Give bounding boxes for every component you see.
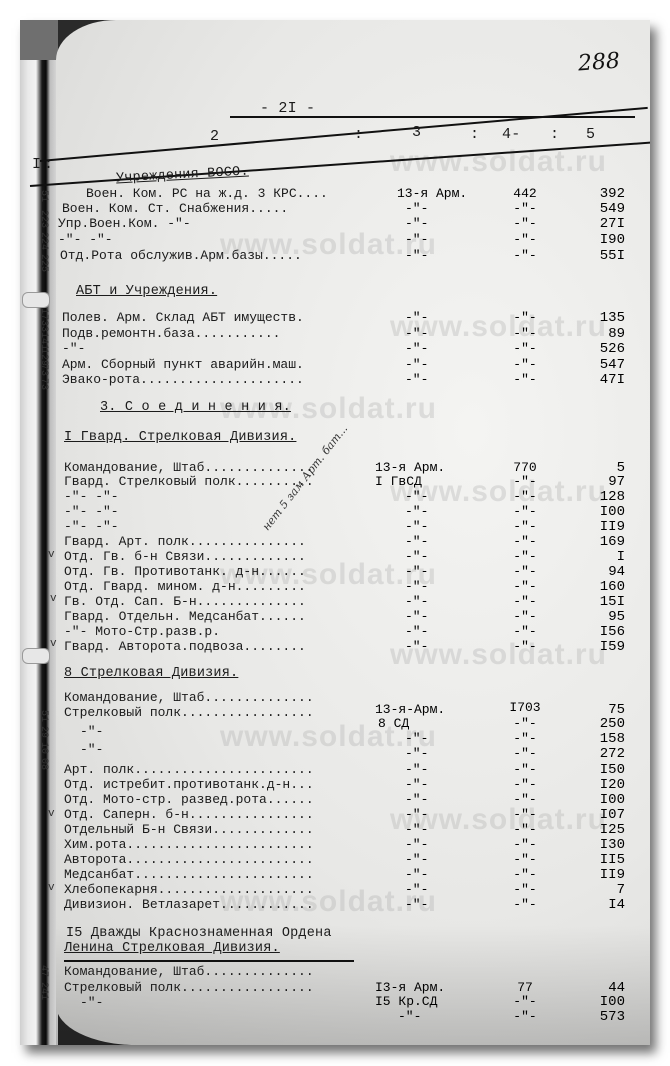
unit-name: -"- — [62, 341, 85, 356]
unit-name: Воен. Ком. Ст. Снабжения..... — [62, 201, 288, 216]
army-cell: -"- — [405, 624, 428, 639]
number-cell: -"- — [500, 549, 550, 564]
unit-name: -"- — [80, 724, 103, 739]
army-cell: -"- — [405, 792, 428, 807]
column-header-4: 4- — [502, 126, 520, 143]
number-cell: -"- — [500, 852, 550, 867]
unit-name: Хлебопекарня.................... — [64, 882, 314, 897]
count-cell: I4 — [575, 897, 625, 913]
archive-sheet-number: 288 — [577, 49, 621, 77]
unit-name: -"- -"- — [64, 489, 119, 504]
margin-number: 51 — [38, 710, 49, 722]
margin-number: 51 — [38, 190, 49, 202]
number-cell: -"- — [500, 326, 550, 341]
unit-name: Отд. Гвард. мином. д-н......... — [64, 579, 306, 594]
count-cell: 7 — [575, 882, 625, 898]
count-cell: I00 — [575, 504, 625, 520]
count-cell: 95 — [575, 609, 625, 625]
check-mark: v — [50, 593, 57, 605]
number-cell: -"- — [500, 994, 550, 1009]
army-cell: -"- — [405, 882, 428, 897]
number-cell: 77 — [500, 980, 550, 995]
margin-number: 73 — [38, 364, 49, 376]
number-cell: -"- — [500, 777, 550, 792]
section-underline — [64, 960, 354, 962]
army-cell: I5 Кр.СД — [375, 994, 437, 1009]
count-cell: I00 — [575, 792, 625, 808]
count-cell: I30 — [575, 837, 625, 853]
margin-number: 1733 — [38, 308, 49, 332]
unit-name: Отд. Гв. Противотанк. д-н...... — [64, 564, 306, 579]
army-cell: -"- — [405, 372, 428, 387]
number-cell: -"- — [500, 341, 550, 356]
army-cell: 13-я-Арм. — [375, 702, 445, 717]
number-cell: -"- — [500, 504, 550, 519]
unit-name: -"- — [80, 742, 103, 757]
count-cell: 135 — [575, 310, 625, 326]
army-cell: -"- — [405, 519, 428, 534]
count-cell: 272 — [575, 746, 625, 762]
count-cell: 526 — [575, 341, 625, 357]
count-cell: I00 — [575, 994, 625, 1010]
army-cell: -"- — [405, 639, 428, 654]
count-cell: 549 — [575, 201, 625, 217]
count-cell: 89 — [575, 326, 625, 342]
number-cell: -"- — [500, 201, 550, 216]
count-cell: II9 — [575, 867, 625, 883]
unit-name: -"- Мото-Стр.разв.р. — [64, 624, 220, 639]
count-cell: I50 — [575, 762, 625, 778]
margin-number: 08 — [38, 758, 49, 770]
number-cell: -"- — [500, 807, 550, 822]
army-cell: -"- — [405, 594, 428, 609]
count-cell: 573 — [575, 1009, 625, 1025]
number-cell: -"- — [500, 746, 550, 761]
army-cell: -"- — [405, 897, 428, 912]
number-cell: -"- — [500, 579, 550, 594]
unit-name: Гвард. Авторота.подвоза........ — [64, 639, 306, 654]
army-cell: -"- — [405, 807, 428, 822]
number-cell: -"- — [500, 519, 550, 534]
army-cell: -"- — [405, 867, 428, 882]
column-separator: : — [470, 126, 479, 143]
number-cell: -"- — [500, 489, 550, 504]
army-cell: -"- — [405, 852, 428, 867]
number-cell: 442 — [500, 186, 550, 201]
unit-name: Отд. Саперн. б-н................ — [64, 807, 314, 822]
army-cell: -"- — [405, 357, 428, 372]
number-cell: -"- — [500, 232, 550, 247]
count-cell: 94 — [575, 564, 625, 580]
unit-name: Отд. Мото-стр. развед.рота...... — [64, 792, 314, 807]
unit-name: Командование, Штаб.............. — [64, 964, 314, 979]
unit-name: Гвард. Стрелковый полк.......... — [64, 474, 314, 489]
count-cell: 128 — [575, 489, 625, 505]
column-header-2: 2 — [210, 128, 219, 145]
number-cell: -"- — [500, 762, 550, 777]
count-cell: 97 — [575, 474, 625, 490]
army-cell: -"- — [405, 201, 428, 216]
unit-name: Эвако-рота..................... — [62, 372, 304, 387]
margin-number: 10 — [38, 742, 49, 754]
army-cell: 13-я Арм. — [397, 186, 467, 201]
count-cell: I07 — [575, 807, 625, 823]
army-cell: -"- — [405, 534, 428, 549]
army-cell: I ГвСД — [375, 474, 422, 489]
count-cell: I59 — [575, 639, 625, 655]
unit-name: -"- — [80, 995, 103, 1010]
check-mark: v — [48, 549, 55, 561]
number-cell: -"- — [500, 474, 550, 489]
section-title: АБТ и Учреждения. — [76, 284, 217, 299]
check-mark: v — [50, 638, 57, 650]
count-cell: 160 — [575, 579, 625, 595]
count-cell: I20 — [575, 777, 625, 793]
unit-name: Дивизион. Ветлазарет............ — [64, 897, 314, 912]
column-header-1: I — [32, 156, 41, 173]
army-cell: I3-я Арм. — [375, 980, 445, 995]
number-cell: -"- — [500, 731, 550, 746]
page-number: - 2I - — [260, 100, 315, 117]
section-title-line-1: I5 Дважды Краснознаменная Ордена — [66, 926, 332, 941]
margin-number: 225 — [38, 254, 49, 272]
army-cell: 8 СД — [378, 716, 409, 731]
margin-number: 29 — [38, 726, 49, 738]
number-cell: -"- — [500, 1009, 550, 1024]
army-cell: -"- — [405, 216, 428, 231]
margin-number: 47 — [38, 965, 49, 977]
section-title: 3. С о е д и н е н и я. — [100, 400, 291, 415]
army-cell: -"- — [405, 326, 428, 341]
count-cell: I90 — [575, 232, 625, 248]
army-cell: -"- — [405, 822, 428, 837]
army-cell: -"- — [405, 777, 428, 792]
number-cell: -"- — [500, 639, 550, 654]
unit-name: Полев. Арм. Склад АБТ имуществ. — [62, 310, 304, 325]
unit-name: Арм. Сборный пункт аварийн.маш. — [62, 357, 304, 372]
unit-name: Командование, Штаб.............. — [64, 460, 314, 475]
count-cell: I25 — [575, 822, 625, 838]
army-cell: -"- — [405, 310, 428, 325]
unit-name: Стрелковый полк................. — [64, 980, 314, 995]
document-scan-frame: www.soldat.ru www.soldat.ru www.soldat.r… — [20, 20, 650, 1045]
count-cell: I — [575, 549, 625, 565]
number-cell: -"- — [500, 534, 550, 549]
number-cell: -"- — [500, 716, 550, 731]
unit-name: -"- -"- — [64, 519, 119, 534]
number-cell: -"- — [500, 822, 550, 837]
army-cell: -"- — [405, 609, 428, 624]
army-cell: -"- — [405, 564, 428, 579]
unit-name: Командование, Штаб.............. — [64, 690, 314, 705]
column-separator: : — [354, 126, 363, 143]
margin-number: 223 — [38, 210, 49, 228]
unit-name: Гв. Отд. Сап. Б-н.............. — [64, 594, 306, 609]
number-cell: I703 — [500, 700, 550, 715]
section-title: I Гвард. Стрелковая Дивизия. — [64, 430, 296, 445]
margin-number: 73 — [38, 378, 49, 390]
count-cell: II5 — [575, 852, 625, 868]
unit-name: Отдельный Б-н Связи............. — [64, 822, 314, 837]
number-cell: -"- — [500, 792, 550, 807]
number-cell: -"- — [500, 216, 550, 231]
number-cell: -"- — [500, 897, 550, 912]
number-cell: -"- — [500, 310, 550, 325]
army-cell: -"- — [405, 248, 428, 263]
unit-name: -"- -"- — [58, 232, 113, 247]
number-cell: -"- — [500, 624, 550, 639]
army-cell: -"- — [405, 837, 428, 852]
unit-name: Авторота........................ — [64, 852, 314, 867]
army-cell: -"- — [405, 762, 428, 777]
number-cell: 770 — [500, 460, 550, 475]
unit-name: Хим.рота........................ — [64, 837, 314, 852]
count-cell: II9 — [575, 519, 625, 535]
army-cell: -"- — [405, 504, 428, 519]
header-rule-top-right — [230, 116, 635, 118]
number-cell: -"- — [500, 867, 550, 882]
section-title: Ленина Стрелковая Дивизия. — [64, 941, 280, 956]
number-cell: -"- — [500, 564, 550, 579]
count-cell: 169 — [575, 534, 625, 550]
number-cell: -"- — [500, 372, 550, 387]
unit-name: Стрелковый полк................. — [64, 705, 314, 720]
number-cell: -"- — [500, 609, 550, 624]
count-cell: 27I — [575, 216, 625, 232]
unit-name: Воен. Ком. РС на ж.д. 3 КРС.... — [86, 186, 328, 201]
army-cell: -"- — [405, 549, 428, 564]
number-cell: -"- — [500, 882, 550, 897]
unit-name: Медсанбат....................... — [64, 867, 314, 882]
number-cell: -"- — [500, 594, 550, 609]
army-cell: -"- — [405, 746, 428, 761]
number-cell: -"- — [500, 837, 550, 852]
column-header-5: 5 — [586, 126, 595, 143]
unit-name: Гвард. Арт. полк............... — [64, 534, 306, 549]
watermark: www.soldat.ru — [390, 145, 607, 179]
margin-number: 224 — [38, 232, 49, 250]
number-cell: -"- — [500, 248, 550, 263]
unit-name: Отд. истребит.противотанк.д-н... — [64, 777, 314, 792]
army-cell: -"- — [398, 1009, 421, 1024]
unit-name: Отд. Гв. б-н Связи............. — [64, 549, 306, 564]
army-cell: -"- — [405, 232, 428, 247]
count-cell: 55I — [575, 248, 625, 264]
army-cell: -"- — [405, 489, 428, 504]
binder-clip-icon — [22, 292, 50, 308]
section-title: 8 Стрелковая Дивизия. — [64, 666, 238, 681]
number-cell: -"- — [500, 357, 550, 372]
unit-name: Арт. полк....................... — [64, 762, 314, 777]
count-cell: 47I — [575, 372, 625, 388]
unit-name: Отд.Рота обслужив.Арм.базы..... — [60, 248, 302, 263]
army-cell: -"- — [405, 731, 428, 746]
army-cell: -"- — [405, 341, 428, 356]
column-header-3: 3 — [412, 124, 421, 141]
army-cell: -"- — [405, 579, 428, 594]
margin-number: 241 — [38, 982, 49, 1000]
check-mark: v — [48, 882, 55, 894]
army-cell: 13-я Арм. — [375, 460, 445, 475]
unit-name: Упр.Воен.Ком. -"- — [58, 216, 191, 231]
count-cell: 15I — [575, 594, 625, 610]
count-cell: I56 — [575, 624, 625, 640]
count-cell: 392 — [575, 186, 625, 202]
column-separator: : — [550, 126, 559, 143]
count-cell: 158 — [575, 731, 625, 747]
check-mark: v — [48, 808, 55, 820]
unit-name: Подв.ремонтн.база........... — [62, 326, 280, 341]
count-cell: 547 — [575, 357, 625, 373]
binder-clip-icon — [22, 648, 50, 664]
binder-top-corner — [20, 20, 58, 60]
count-cell: 250 — [575, 716, 625, 732]
column-separator: : — [44, 156, 53, 173]
unit-name: -"- -"- — [64, 504, 119, 519]
unit-name: Гвард. Отдельн. Медсанбат...... — [64, 609, 306, 624]
